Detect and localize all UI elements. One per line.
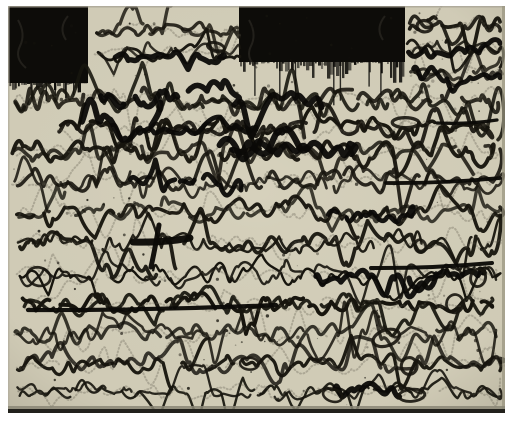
canvas-edge-top (8, 6, 505, 8)
canvas-edge-bottom-dark (8, 409, 505, 413)
artwork-photo (0, 0, 520, 426)
abstract-painting (0, 0, 520, 426)
canvas-edge-right (502, 6, 505, 413)
canvas-edge-bottom-gray (8, 406, 505, 409)
painting-surface (8, 3, 505, 418)
canvas-edge-left (8, 6, 10, 413)
